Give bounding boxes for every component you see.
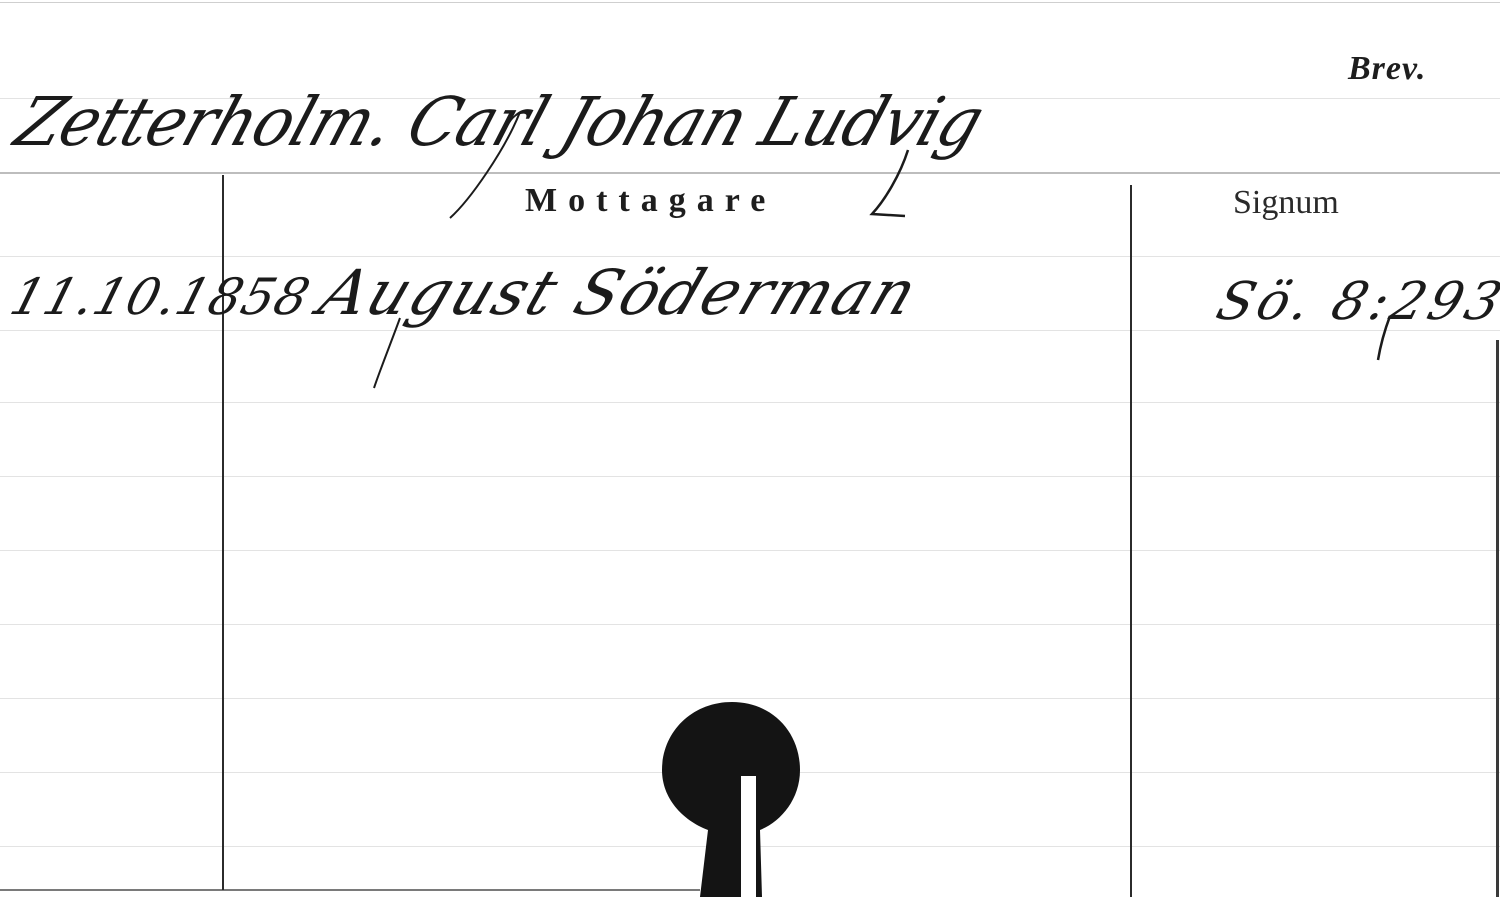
card-right-edge (1496, 340, 1499, 897)
index-card: Brev. Mottagare Signum Zetterholm. Carl … (0, 0, 1500, 897)
ruled-line (0, 402, 1500, 403)
bottom-edge-line (0, 889, 700, 891)
signum-column-divider (1130, 185, 1132, 897)
ruled-line (0, 476, 1500, 477)
ruled-line (0, 624, 1500, 625)
ruled-line (0, 550, 1500, 551)
document-type-label: Brev. (1348, 50, 1426, 88)
punch-hole (662, 702, 802, 897)
letter-date-handwritten: 11.10.1858 (4, 268, 317, 326)
signum-column-label: Signum (1233, 184, 1339, 222)
ruled-line (0, 698, 1500, 699)
recipient-name-handwritten: August Söderman (310, 256, 929, 329)
header-divider (0, 172, 1500, 174)
top-edge-rule (0, 2, 1500, 3)
keyhole-shape (662, 702, 802, 897)
signum-handwritten: Sö. 8:293 (1210, 272, 1500, 332)
recipient-column-label: Mottagare (525, 182, 776, 220)
sender-name-handwritten: Zetterholm. Carl Johan Ludvig (6, 84, 992, 162)
